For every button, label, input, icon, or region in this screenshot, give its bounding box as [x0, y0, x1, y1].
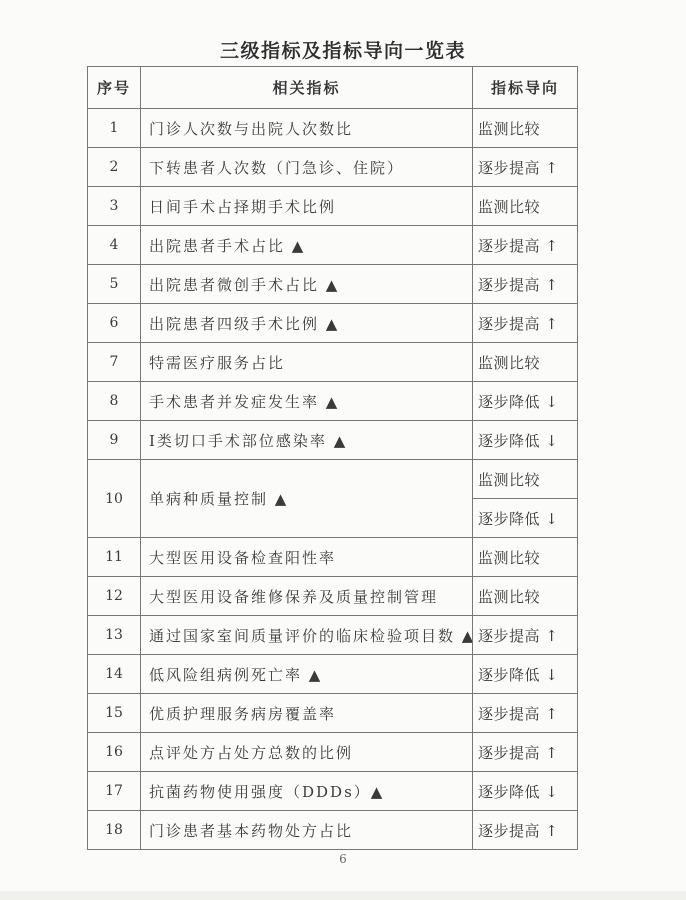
- direction-cell: 逐步降低 ↓: [473, 655, 578, 694]
- indicator-cell: 低风险组病例死亡率 ▲: [141, 655, 473, 694]
- indicator-cell: 单病种质量控制 ▲: [141, 460, 473, 538]
- direction-cell: 逐步提高 ↑: [473, 304, 578, 343]
- direction-cell: 监测比较: [473, 577, 578, 616]
- table-row: 18 门诊患者基本药物处方占比 逐步提高 ↑: [88, 811, 578, 850]
- direction-cell: 逐步提高 ↑: [473, 616, 578, 655]
- table-row: 16 点评处方占处方总数的比例 逐步提高 ↑: [88, 733, 578, 772]
- table-row: 12 大型医用设备维修保养及质量控制管理 监测比较: [88, 577, 578, 616]
- table-row: 10 单病种质量控制 ▲ 监测比较: [88, 460, 578, 499]
- row-number-cell: 18: [88, 811, 141, 850]
- table-row: 2 下转患者人次数（门急诊、住院） 逐步提高 ↑: [88, 148, 578, 187]
- indicator-cell: 下转患者人次数（门急诊、住院）: [141, 148, 473, 187]
- table-row: 9 I类切口手术部位感染率 ▲ 逐步降低 ↓: [88, 421, 578, 460]
- row-number-cell: 2: [88, 148, 141, 187]
- table-row: 6 出院患者四级手术比例 ▲ 逐步提高 ↑: [88, 304, 578, 343]
- row-number-cell: 7: [88, 343, 141, 382]
- table-row: 13 通过国家室间质量评价的临床检验项目数 ▲ 逐步提高 ↑: [88, 616, 578, 655]
- direction-cell: 逐步提高 ↑: [473, 265, 578, 304]
- table-row: 5 出院患者微创手术占比 ▲ 逐步提高 ↑: [88, 265, 578, 304]
- row-number-cell: 3: [88, 187, 141, 226]
- row-number-cell: 5: [88, 265, 141, 304]
- row-number-cell: 15: [88, 694, 141, 733]
- row-number-cell: 4: [88, 226, 141, 265]
- indicator-cell: 日间手术占择期手术比例: [141, 187, 473, 226]
- indicator-cell: 优质护理服务病房覆盖率: [141, 694, 473, 733]
- indicator-cell: 点评处方占处方总数的比例: [141, 733, 473, 772]
- row-number-cell: 13: [88, 616, 141, 655]
- indicator-cell: 抗菌药物使用强度（DDDs）▲: [141, 772, 473, 811]
- direction-cell: 逐步降低 ↓: [473, 772, 578, 811]
- table-row: 17 抗菌药物使用强度（DDDs）▲ 逐步降低 ↓: [88, 772, 578, 811]
- table-row: 14 低风险组病例死亡率 ▲ 逐步降低 ↓: [88, 655, 578, 694]
- direction-cell: 逐步降低 ↓: [473, 382, 578, 421]
- page-number: 6: [0, 852, 686, 866]
- direction-cell: 监测比较: [473, 109, 578, 148]
- indicator-cell: 门诊人次数与出院人次数比: [141, 109, 473, 148]
- document-page: 三级指标及指标导向一览表 序号 相关指标 指标导向 1 门诊人次数与出院人次数比…: [0, 0, 686, 900]
- indicator-cell: I类切口手术部位感染率 ▲: [141, 421, 473, 460]
- indicator-cell: 出院患者微创手术占比 ▲: [141, 265, 473, 304]
- direction-cell: 监测比较: [473, 343, 578, 382]
- row-number-cell: 16: [88, 733, 141, 772]
- direction-cell: 逐步降低 ↓: [473, 421, 578, 460]
- indicator-cell: 门诊患者基本药物处方占比: [141, 811, 473, 850]
- row-number-cell: 12: [88, 577, 141, 616]
- direction-cell: 逐步提高 ↑: [473, 226, 578, 265]
- table-row: 4 出院患者手术占比 ▲ 逐步提高 ↑: [88, 226, 578, 265]
- row-number-cell: 11: [88, 538, 141, 577]
- row-number-cell: 8: [88, 382, 141, 421]
- table-row: 11 大型医用设备检查阳性率 监测比较: [88, 538, 578, 577]
- indicator-cell: 通过国家室间质量评价的临床检验项目数 ▲: [141, 616, 473, 655]
- table-header-row: 序号 相关指标 指标导向: [88, 67, 578, 109]
- direction-cell: 逐步提高 ↑: [473, 733, 578, 772]
- direction-cell: 逐步提高 ↑: [473, 148, 578, 187]
- row-number-cell: 9: [88, 421, 141, 460]
- direction-cell: 监测比较: [473, 538, 578, 577]
- direction-cell: 监测比较: [473, 460, 578, 499]
- indicator-cell: 特需医疗服务占比: [141, 343, 473, 382]
- page-title: 三级指标及指标导向一览表: [0, 36, 686, 63]
- indicator-cell: 手术患者并发症发生率 ▲: [141, 382, 473, 421]
- indicator-cell: 大型医用设备检查阳性率: [141, 538, 473, 577]
- direction-cell: 逐步降低 ↓: [473, 499, 578, 538]
- header-indicator: 相关指标: [141, 67, 473, 109]
- indicators-table: 序号 相关指标 指标导向 1 门诊人次数与出院人次数比 监测比较 2 下转患者人…: [87, 66, 578, 850]
- indicator-cell: 出院患者手术占比 ▲: [141, 226, 473, 265]
- direction-cell: 逐步提高 ↑: [473, 811, 578, 850]
- direction-cell: 监测比较: [473, 187, 578, 226]
- row-number-cell: 1: [88, 109, 141, 148]
- row-number-cell: 10: [88, 460, 141, 538]
- table-row: 3 日间手术占择期手术比例 监测比较: [88, 187, 578, 226]
- direction-cell: 逐步提高 ↑: [473, 694, 578, 733]
- table-row: 8 手术患者并发症发生率 ▲ 逐步降低 ↓: [88, 382, 578, 421]
- row-number-cell: 14: [88, 655, 141, 694]
- header-direction: 指标导向: [473, 67, 578, 109]
- indicator-cell: 大型医用设备维修保养及质量控制管理: [141, 577, 473, 616]
- table-row: 7 特需医疗服务占比 监测比较: [88, 343, 578, 382]
- row-number-cell: 17: [88, 772, 141, 811]
- table-row: 1 门诊人次数与出院人次数比 监测比较: [88, 109, 578, 148]
- row-number-cell: 6: [88, 304, 141, 343]
- indicator-cell: 出院患者四级手术比例 ▲: [141, 304, 473, 343]
- header-no: 序号: [88, 67, 141, 109]
- table-row: 15 优质护理服务病房覆盖率 逐步提高 ↑: [88, 694, 578, 733]
- scan-edge-shadow: [0, 891, 686, 900]
